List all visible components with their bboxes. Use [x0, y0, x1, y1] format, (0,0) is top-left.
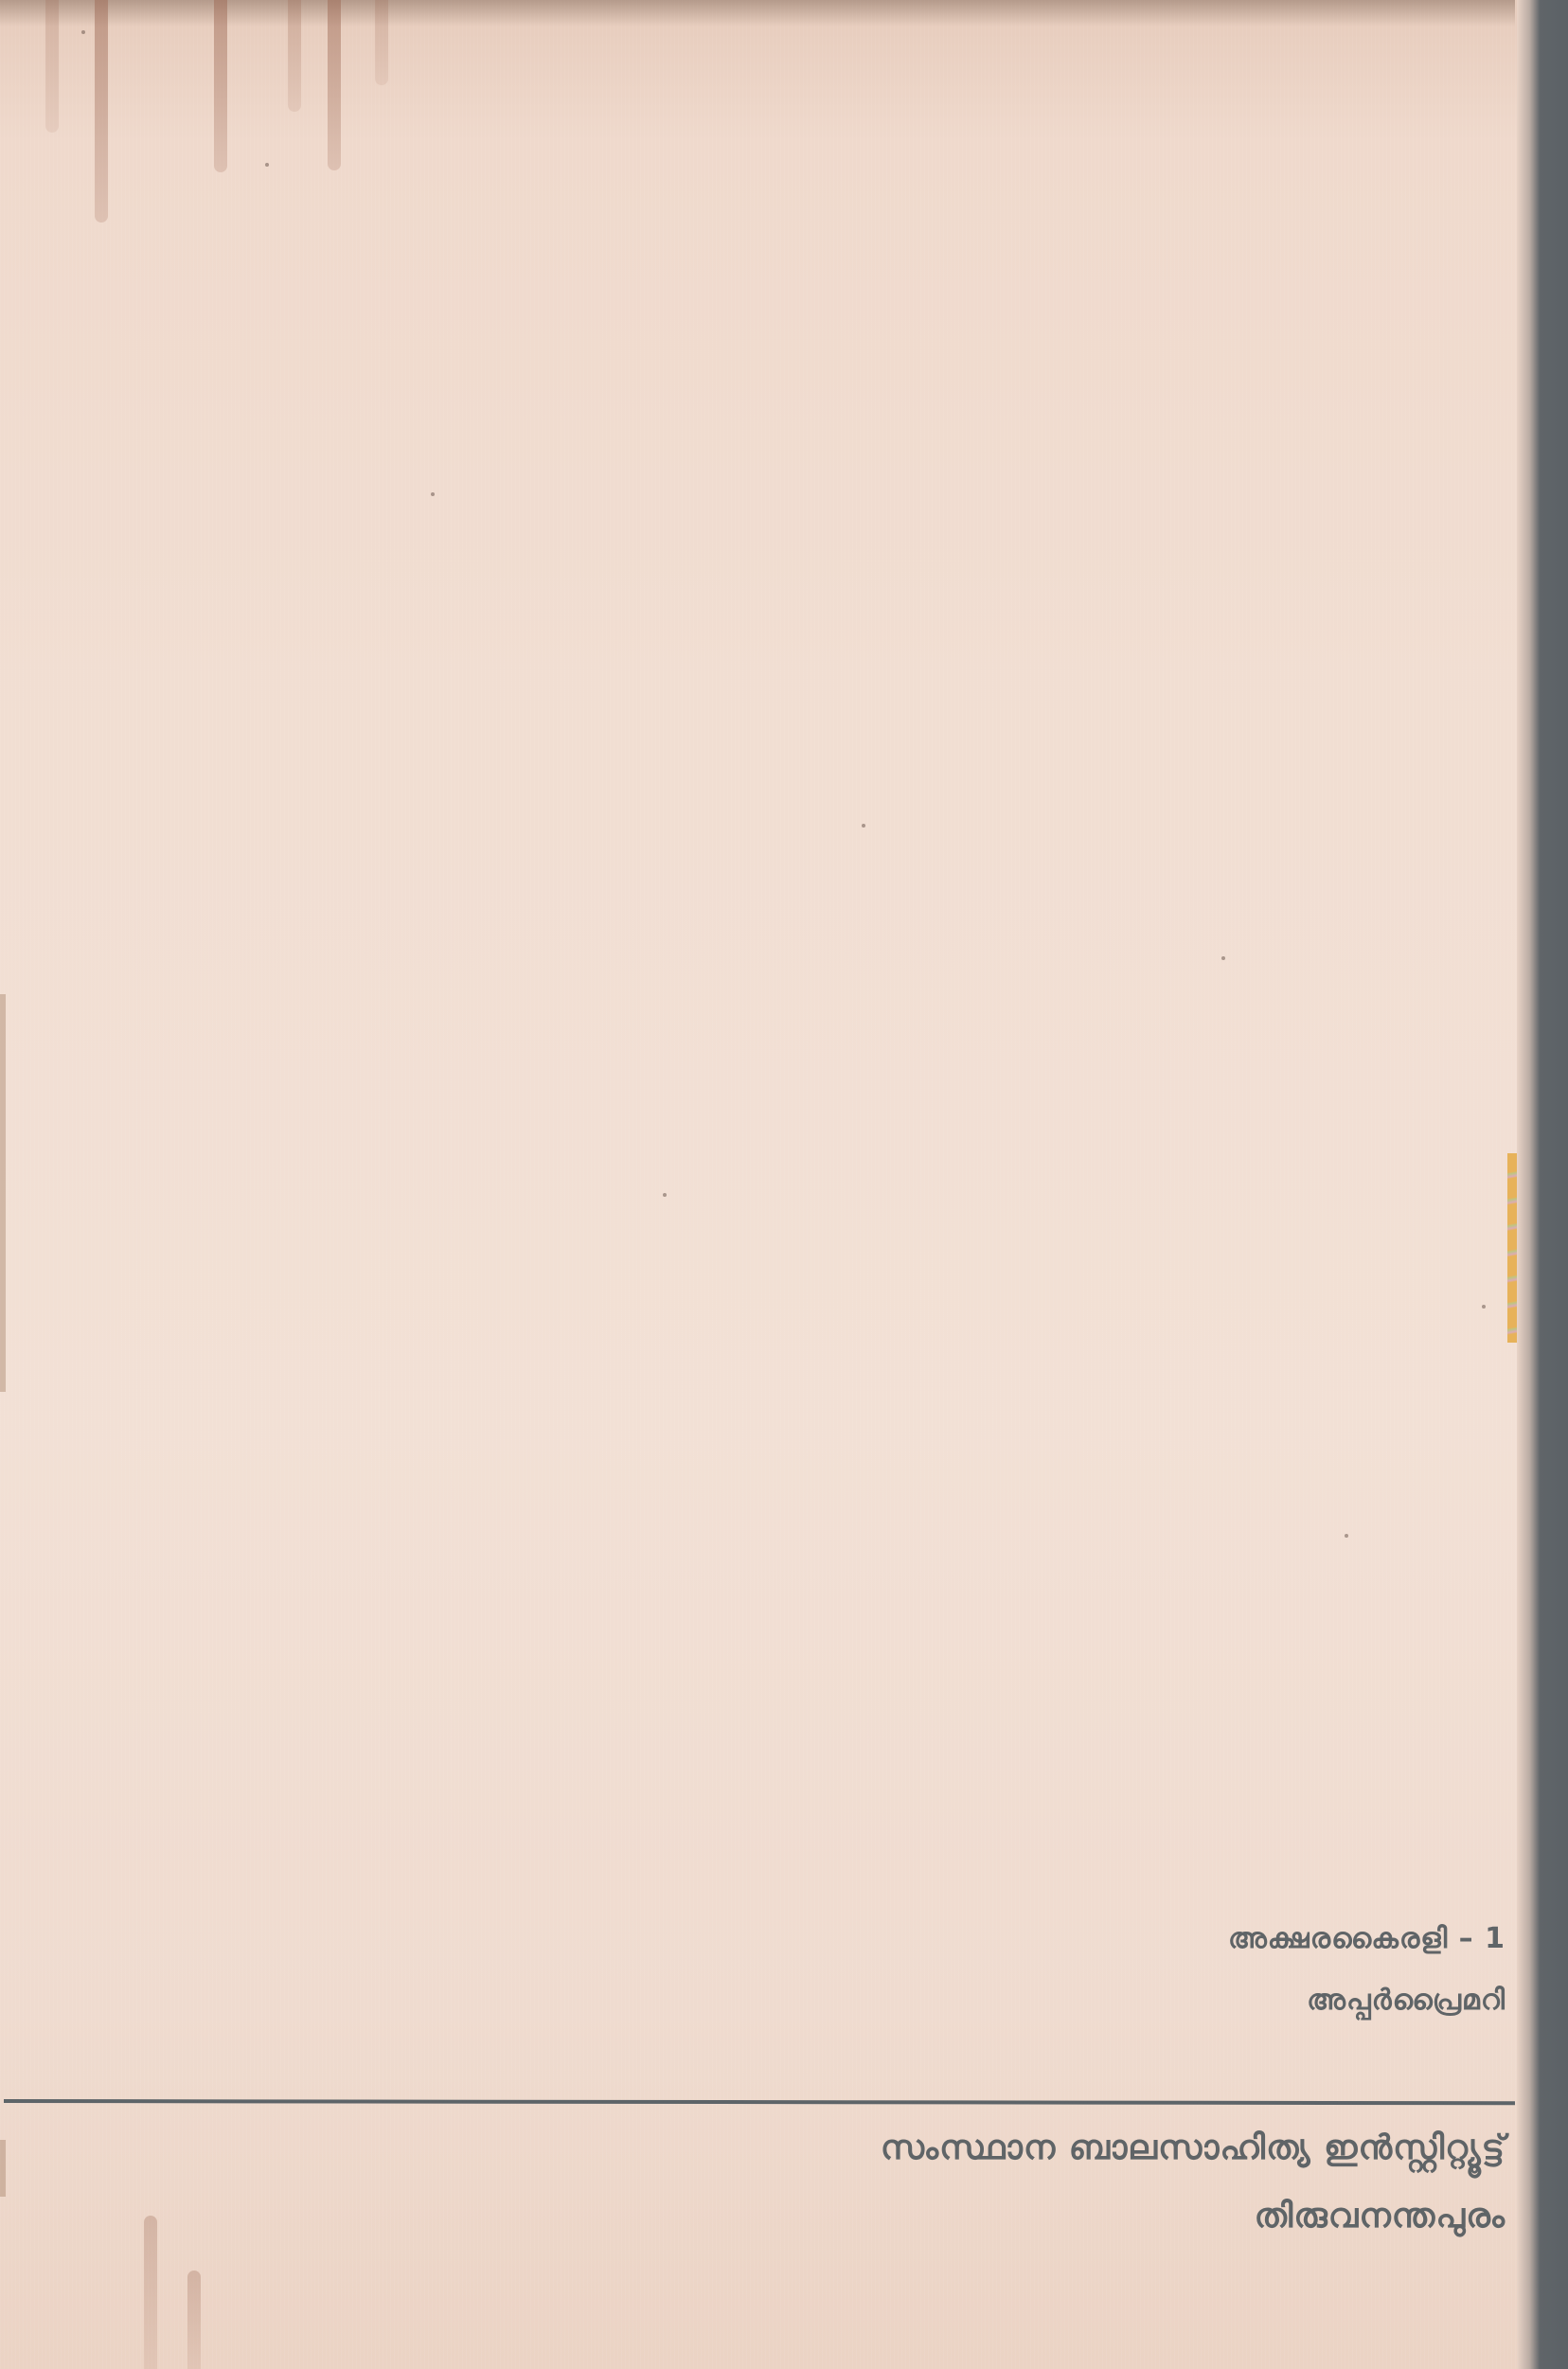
water-drip-stain — [45, 0, 59, 133]
level-label: അപ്പർപ്രൈമറി — [1228, 1984, 1506, 2017]
paper-speck — [431, 492, 435, 496]
left-edge-stain — [0, 994, 6, 1392]
publisher-block: സംസ്ഥാന ബാലസാഹിത്യ ഇൻസ്റ്റിറ്റ്യൂട്ട് തി… — [881, 2129, 1506, 2236]
horizontal-rule — [4, 2099, 1515, 2105]
water-drip-stain — [144, 2216, 157, 2369]
paper-speck — [663, 1193, 667, 1197]
paper-speck — [81, 30, 85, 34]
water-drip-stain — [95, 0, 108, 223]
publisher-name: സംസ്ഥാന ബാലസാഹിത്യ ഇൻസ്റ്റിറ്റ്യൂട്ട് — [881, 2129, 1506, 2168]
water-drip-stain — [187, 2271, 201, 2369]
water-drip-stain — [288, 0, 301, 112]
paper-speck — [862, 824, 865, 828]
top-water-stain — [0, 0, 1515, 27]
publisher-city: തിരുവനന്തപുരം — [881, 2197, 1506, 2236]
water-drip-stain — [375, 0, 388, 85]
paper-speck — [1221, 956, 1225, 960]
paper-speck — [265, 163, 269, 167]
paper-speck — [1482, 1305, 1486, 1309]
scanner-edge-shadow — [1517, 0, 1568, 2369]
title-block: അക്ഷരകൈരളി – 1 അപ്പർപ്രൈമറി — [1228, 1922, 1506, 2017]
water-drip-stain — [328, 0, 341, 170]
water-drip-stain — [214, 0, 227, 172]
left-edge-stain — [0, 2140, 6, 2197]
back-cover-page: അക്ഷരകൈരളി – 1 അപ്പർപ്രൈമറി സംസ്ഥാന ബാലസ… — [0, 0, 1562, 2369]
series-title: അക്ഷരകൈരളി – 1 — [1228, 1922, 1506, 1955]
paper-speck — [1345, 1534, 1348, 1538]
